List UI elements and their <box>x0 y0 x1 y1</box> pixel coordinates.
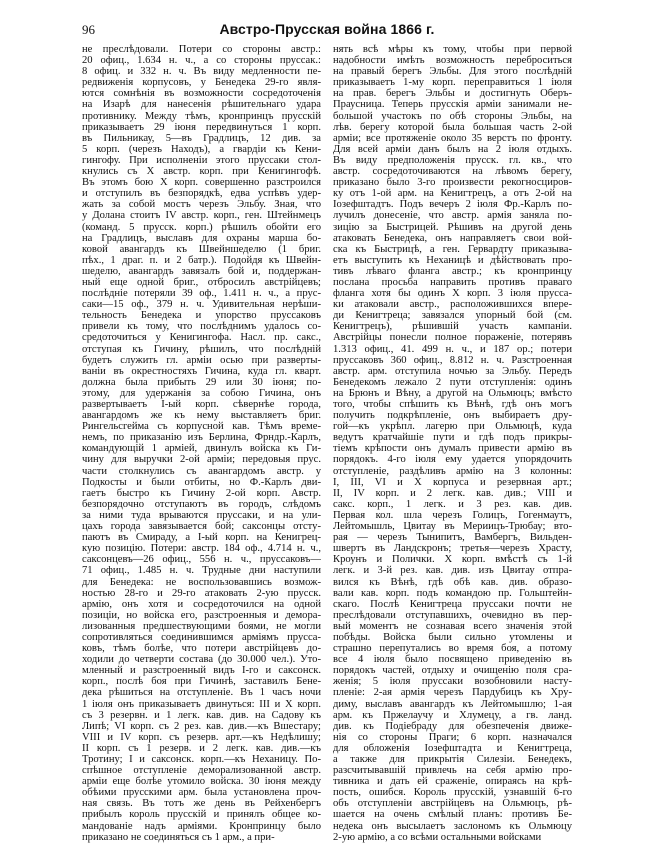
text-line: отступая къ Гичину, рѣшилъ, что послѣдні… <box>82 344 321 355</box>
text-line: въ Пильникау, 5—въ Градлицъ, 12 див. за <box>82 133 321 144</box>
text-line: прибылъ король прусскій и принялъ общее … <box>82 809 321 820</box>
text-line: на Брюнъ и Вѣну, а другой на Ольмюцъ; вм… <box>333 388 572 399</box>
text-line: пость, ошибся. Король прусскій, узнавшій… <box>333 787 572 798</box>
text-line: кнулись съ X австр. корп. при Кенигингоф… <box>82 166 321 177</box>
left-text-column: не преслѣдовали. Потери со стороны австр… <box>82 44 321 843</box>
text-line: фланга хотя бы одинъ X корп. 3 іюля прус… <box>333 288 572 299</box>
text-line: 20 офиц., 1.634 н. ч., а со стороны прус… <box>82 55 321 66</box>
text-line: порядокъ частей, отдыху и очищенію поля … <box>333 665 572 676</box>
text-line: 5 корп. (черезъ Находъ), а гвардіи къ Ке… <box>82 144 321 155</box>
text-line: и отступилъ въ безпорядкѣ, едва успѣвъ у… <box>82 188 321 199</box>
text-line: тивника и дать ей сраженіе, опираясь на … <box>333 776 572 787</box>
text-line: ковой авангардъ къ Швейншеделю (1 бриг. <box>82 244 321 255</box>
text-line: див. къ Подіебраду для обезпеченія движе… <box>333 721 572 732</box>
text-line: вали кав. корп. подъ командою пр. Гольшт… <box>333 588 572 599</box>
text-line: позиціи, но войска его, разстроенныя и д… <box>82 610 321 621</box>
text-line: на Изарѣ для нанесенія рѣшительнаго удар… <box>82 99 321 110</box>
text-line: Тротину; I и саксонск. корп.—къ Неханицу… <box>82 754 321 765</box>
text-line: 71 офиц., 1.485 н. ч. Трудные дни наступ… <box>82 565 321 576</box>
text-line: чину для выручки 2-ой арміи; передовыя п… <box>82 454 321 465</box>
text-line: не преслѣдовали. Потери со стороны австр… <box>82 44 321 55</box>
text-line: диму, выславъ авангардъ къ Лейтомышлю; 1… <box>333 699 572 710</box>
text-line: приказано было 3-го произвести рекогносц… <box>333 177 572 188</box>
text-line: арміи еще болѣе утомило войска. 30 іюня … <box>82 776 321 787</box>
text-line: надобности имѣть возможность перебросить… <box>333 55 572 66</box>
text-line: мленный и разстроенный видъ I-го и саксо… <box>82 665 321 676</box>
text-line: корп., послѣ боя при Гичинѣ, заставилъ Б… <box>82 676 321 687</box>
text-line: II, IV корп. и 2 легк. кав. див.; VIII и <box>333 488 572 499</box>
text-line: тіемъ крѣпости онъ думалъ привести армію… <box>333 443 572 454</box>
text-line: Въ этомъ бою X корп. совершенно разстрои… <box>82 177 321 188</box>
text-line: 2-ую армію, а со всѣми остальными войска… <box>333 832 572 843</box>
right-text-column: нять всѣ мѣры къ тому, чтобы при первойн… <box>333 44 572 843</box>
text-line: Кенигтрецъ), рѣшившій участь кампаніи. <box>333 321 572 332</box>
text-line: арм. къ Пржелаучу и Хлумецу, а гв. ланд. <box>333 710 572 721</box>
text-line: отступленіе, раздѣливъ армію на 3 колонн… <box>333 466 572 477</box>
text-line: пруссаковъ 360 офиц., 8.812 н. ч. Разстр… <box>333 355 572 366</box>
text-line: рая — черезъ Тынипитъ, Вамбергъ, Вильден… <box>333 532 572 543</box>
text-line: нять всѣ мѣры къ тому, чтобы при первой <box>333 44 572 55</box>
text-line: арміи; все протяженіе около 35 верстъ по… <box>333 133 572 144</box>
text-line: немъ, по приказанію изъ Берлина, Фрндр.-… <box>82 432 321 443</box>
text-line: атаковать Бенедека, онъ направляетъ свои… <box>333 233 572 244</box>
text-line: вился къ Вѣнѣ, гдѣ обѣ кав. див. образо- <box>333 577 572 588</box>
text-line: гаетъ быстро къ Гичину 2-ой корп. Австр. <box>82 488 321 499</box>
text-line: ная связь. Въ тотъ же день въ Рейхенберг… <box>82 798 321 809</box>
text-line: обѣими прусскими арм. была установлена п… <box>82 787 321 798</box>
text-line: получить подкрѣпленіе, онъ выбираетъ дру… <box>333 410 572 421</box>
text-line: австр. сосредоточиваются на лѣвомъ берег… <box>333 166 572 177</box>
text-line: средоточиться у Кенигингофа. Насл. пр. с… <box>82 332 321 343</box>
text-line: пѣх., 1 драг. п. и 2 батр.). Подойдя къ … <box>82 255 321 266</box>
text-line: тельность Бенедека и упорство пруссаковъ <box>82 310 321 321</box>
text-line: послѣдніе потеряли 39 оф., 1.411 н. ч., … <box>82 288 321 299</box>
text-line: авангардомъ же къ нему выставляетъ бриг. <box>82 410 321 421</box>
text-line: гой—къ укрѣпл. лагерю при Ольмюцѣ, куда <box>333 421 572 432</box>
text-line: нія со стороны Праги; 6 корп. назначался <box>333 732 572 743</box>
text-line: объ отступленіи австрійцевъ на Ольмюцъ, … <box>333 798 572 809</box>
text-line: Іозефштадтъ. Подъ вечеръ 2 іюля Фр.-Карл… <box>333 199 572 210</box>
text-line: саксонцевъ—26 офиц., 556 н. ч., пруссако… <box>82 554 321 565</box>
text-line: Лейтомышль, Цвитау въ Мериицъ-Трюбау; вт… <box>333 521 572 532</box>
text-line: паютъ въ Смираду, а I-ый корп. на Кенигр… <box>82 532 321 543</box>
text-line: приказываетъ 1-му корп. переправиться 1 … <box>333 77 572 88</box>
text-line: ки атаковали австр., расположившихся впе… <box>333 299 572 310</box>
text-line: 1.313 офиц., 41. 499 н. ч., и 187 ор.; п… <box>333 344 572 355</box>
text-line: страшно перепутались во время боя, а пот… <box>333 643 572 654</box>
text-line: ный еще одной бриг., отбросилъ австрійце… <box>82 277 321 288</box>
text-line: скаго. Послѣ Кенигтреца пруссаки почти н… <box>333 599 572 610</box>
text-line: для Бенедека: не воспользовавшись возмож… <box>82 577 321 588</box>
text-line: гингофу. При исполненіи этого пруссаки с… <box>82 155 321 166</box>
text-line: ведутъ кратчайшіе пути и гдѣ подъ прикры… <box>333 432 572 443</box>
text-line: етъ выступить къ Неханицѣ и дѣйствовать … <box>333 255 572 266</box>
text-line: у Долана стоитъ IV австр. корп., ген. Шт… <box>82 210 321 221</box>
page-header: 96 Австро-Прусская война 1866 г. <box>82 22 572 38</box>
text-line: Австрійцы понесли полное пораженіе, поте… <box>333 332 572 343</box>
text-line: порядокъ. 4-го іюля ему удается упорядоч… <box>333 454 572 465</box>
text-line: II корп. съ 1 резерв. и 2 легк. кав. див… <box>82 743 321 754</box>
text-line: съ 3 резервн. и 1 легк. кав. див. на Сад… <box>82 710 321 721</box>
text-line: шеделю, авангардъ завязалъ бой и, поддер… <box>82 266 321 277</box>
text-line: послана просьба направить противъ праваг… <box>333 277 572 288</box>
text-line: того, чтобы спѣшить къ Вѣнѣ, гдѣ онъ мог… <box>333 399 572 410</box>
text-line: Первая кол. шла черезъ Голицъ, Гогенмаут… <box>333 510 572 521</box>
text-line: противнику. Между тѣмъ, кронпринцъ прусс… <box>82 111 321 122</box>
text-line: Кроунъ и Полички. X корп. вмѣстѣ съ 1-й <box>333 554 572 565</box>
text-line: I, III, VI и X корпуса и резервная арт.; <box>333 477 572 488</box>
text-line: VIII и IV корп. съ резерв. арт.—къ Недѣл… <box>82 732 321 743</box>
text-line: должна была прибыть 29 или 30 іюня; по- <box>82 377 321 388</box>
text-line: Въ виду предположенія прусск. гл. кв., ч… <box>333 155 572 166</box>
text-line: легк. и 3-й рез. кав. див. изъ Цвитау от… <box>333 565 572 576</box>
text-line: жать за собой мостъ черезъ Эльбу. Зная, … <box>82 199 321 210</box>
text-line: швертъ въ Ландскронъ; третья—черезъ Храс… <box>333 543 572 554</box>
text-line: пленіе: 2-ая армія черезъ Пардубицъ къ Х… <box>333 687 572 698</box>
text-line: (команд. 5 прусск. корп.) рѣшилъ обойти … <box>82 222 321 233</box>
text-line: 8 офиц. и 332 н. ч. Въ виду медленности … <box>82 66 321 77</box>
text-line: ковъ, тѣмъ болѣе, что потери австрійцевъ… <box>82 643 321 654</box>
text-line: ходили до четверти состава (до 30.000 че… <box>82 654 321 665</box>
text-line: редвиженія корпусовъ, у Бенедека 29-го я… <box>82 77 321 88</box>
text-line: армію, онъ хотя и сосредоточился на одно… <box>82 599 321 610</box>
text-line: побѣды. Войска были сильно утомлены и <box>333 632 572 643</box>
text-line: ди Кенигтреца; завязался упорный бой (см… <box>333 310 572 321</box>
text-line: лучилъ донесеніе, что австр. армія занял… <box>333 210 572 221</box>
text-line: приказано не соединяться съ 1 арм., а пр… <box>82 832 321 843</box>
text-line: части столкнулись съ авангардомъ австр. … <box>82 466 321 477</box>
text-line: мандованіе надъ арміями. Кронпринцу было <box>82 821 321 832</box>
text-line: Липѣ; VI корп. съ 2 рез. кав. див.—къ Вш… <box>82 721 321 732</box>
text-line: ку отъ 1-ой арм. на Кенигтрецъ, а отъ 2-… <box>333 188 572 199</box>
document-page: 96 Австро-Прусская война 1866 г. не прес… <box>0 0 650 852</box>
text-line: сопротивляться соединившимся арміямъ пру… <box>82 632 321 643</box>
text-line: сакс. корп., 1 легк. и 3 рез. кав. див. <box>333 499 572 510</box>
text-line: недека онъ высылаетъ заслономъ къ Ольмюц… <box>333 821 572 832</box>
text-line: Рингельсгейма съ корпусной кав. Тѣмъ вре… <box>82 421 321 432</box>
text-line: лѣв. берегу которой была большая часть 2… <box>333 122 572 133</box>
text-line: Для всей арміи данъ былъ на 2 іюля отдых… <box>333 144 572 155</box>
text-line: дека рѣшиться на отступленіе. Въ 1 часъ … <box>82 687 321 698</box>
text-line: а также для прикрытія Силезіи. Бенедекъ, <box>333 754 572 765</box>
text-line: все 4 іюля было посвящено приведенію въ <box>333 654 572 665</box>
text-line: ются сомнѣнія въ возможности сосредоточе… <box>82 88 321 99</box>
text-line: на Градлицъ, выславъ для охраны марша бо… <box>82 233 321 244</box>
text-line: Праусница. Теперь прусскія арміи занимал… <box>333 99 572 110</box>
text-line: большой участокъ по обѣ стороны Эльбы, н… <box>333 111 572 122</box>
text-line: преслѣдовали отступавшихъ, очевидно въ п… <box>333 610 572 621</box>
text-line: приказываетъ 29 іюня передвинуться 1 кор… <box>82 122 321 133</box>
text-line: на правый берегъ Эльбы. Для этого послѣд… <box>333 66 572 77</box>
text-line: австр. арм. отступила ночью за Эльбу. Пе… <box>333 366 572 377</box>
text-line: лизованныя предшествующими боями, не мог… <box>82 621 321 632</box>
text-line: 1 іюля онъ приказываетъ двинуться: III и… <box>82 699 321 710</box>
text-line: командующій 1 арміей, двинулъ войска къ … <box>82 443 321 454</box>
text-line: будетъ служить гл. арміи осью при развер… <box>82 355 321 366</box>
text-line: безпорядочно отступаютъ въ городъ, слѣдо… <box>82 499 321 510</box>
text-line: женія; 5 іюля пруссаки возобновили насту… <box>333 676 572 687</box>
text-line: зицію за Быстрицей. Рѣшивъ на другой ден… <box>333 222 572 233</box>
text-line: цахъ города завязывается бой; саксонцы о… <box>82 521 321 532</box>
text-line: на прав. берегъ Эльбы и достигнуть Оберъ… <box>333 88 572 99</box>
text-line: ваніи въ окрестностяхъ Гичина, куда гл. … <box>82 366 321 377</box>
text-line: развертываетъ I-ый корп. сѣвернѣе города… <box>82 399 321 410</box>
text-line: Подкосты и были отбиты, но Ф.-Карлъ дви- <box>82 477 321 488</box>
text-line: спѣшное отступленіе деморализованной авс… <box>82 765 321 776</box>
text-line: Бенедекомъ лежало 2 пути отступленія: од… <box>333 377 572 388</box>
text-line: шается на очень смѣлый планъ: противъ Бе… <box>333 809 572 820</box>
text-line: тивъ лѣваго фланга австр.; къ кронпринцу <box>333 266 572 277</box>
text-line: этому, для удержанія за собою Гичина, он… <box>82 388 321 399</box>
text-line: саки—15 оф., 379 н. ч. Удивительная нерѣ… <box>82 299 321 310</box>
text-line: привели къ тому, что послѣднимъ удалось … <box>82 321 321 332</box>
text-line: кую позицію. Потери: австр. 184 оф., 4.7… <box>82 543 321 554</box>
text-line: для обложенія Іозефштадта и Кенигтреца, <box>333 743 572 754</box>
text-line: ностью 28-го и 29-го атаковать 2-ую прус… <box>82 588 321 599</box>
text-line: вый моментъ не сознавая всего значенія э… <box>333 621 572 632</box>
text-line: за ними туда врываются пруссаки, и на ул… <box>82 510 321 521</box>
running-title: Австро-Прусская война 1866 г. <box>82 21 572 37</box>
text-line: разсчитывавшій привлечь на себя армію пр… <box>333 765 572 776</box>
text-line: ска къ Быстрицѣ, а ген. Гервардту приказ… <box>333 244 572 255</box>
